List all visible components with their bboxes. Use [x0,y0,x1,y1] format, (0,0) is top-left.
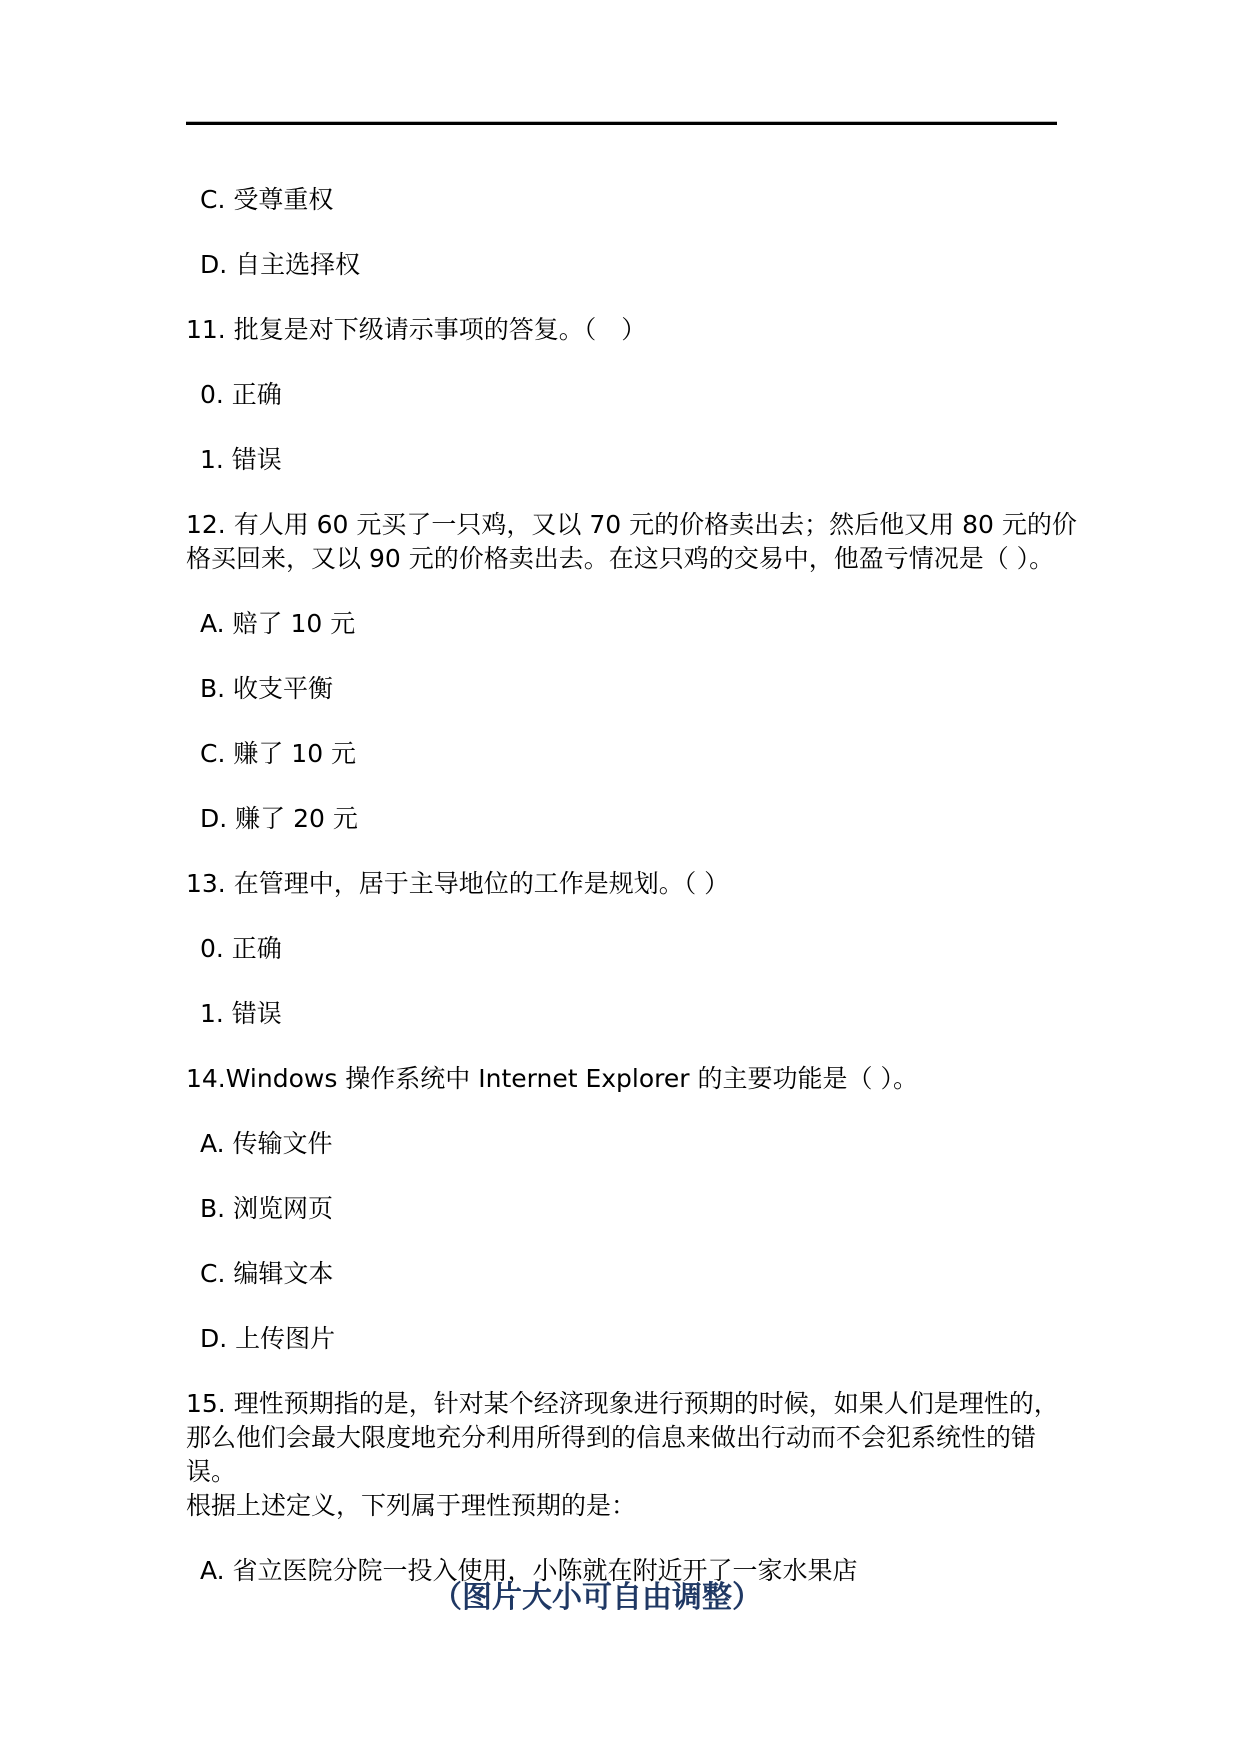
question-12-option-b: B. 收支平衡 [0,672,1240,706]
question-12-option-c: C. 赚了 10 元 [0,737,1240,771]
question-14-option-b: B. 浏览网页 [0,1192,1240,1226]
question-12-text-line-1: 12. 有人用 60 元买了一只鸡，又以 70 元的价格卖出去；然后他又用 80… [0,508,1240,542]
question-11-option-0: 0. 正确 [0,378,1240,412]
question-14-option-c: C. 编辑文本 [0,1257,1240,1291]
exam-document-page: C. 受尊重权 D. 自主选择权 11. 批复是对下级请示事项的答复。（ ） 0… [0,0,1240,1753]
question-12-option-d: D. 赚了 20 元 [0,802,1240,836]
question-14-option-a: A. 传输文件 [0,1127,1240,1161]
question-13-option-0: 0. 正确 [0,932,1240,966]
question-15-text-line-3: 误。 [0,1455,1240,1489]
image-resize-note: （图片大小可自由调整） [0,1578,1194,1618]
question-13-text: 13. 在管理中，居于主导地位的工作是规划。（ ） [0,867,1240,901]
question-11-text: 11. 批复是对下级请示事项的答复。（ ） [0,313,1240,347]
question-11-option-1: 1. 错误 [0,443,1240,477]
question-15-instruction: 根据上述定义，下列属于理性预期的是： [0,1489,1240,1523]
question-13-option-1: 1. 错误 [0,997,1240,1031]
question-12-option-a: A. 赔了 10 元 [0,607,1240,641]
question-12-text-line-2: 格买回来，又以 90 元的价格卖出去。在这只鸡的交易中，他盈亏情况是（ ）。 [0,542,1240,576]
question-14-text: 14.Windows 操作系统中 Internet Explorer 的主要功能… [0,1062,1240,1096]
question-15-text-line-1: 15. 理性预期指的是，针对某个经济现象进行预期的时候，如果人们是理性的， [0,1387,1240,1421]
question-14-option-d: D. 上传图片 [0,1322,1240,1356]
question-15-text-line-2: 那么他们会最大限度地充分利用所得到的信息来做出行动而不会犯系统性的错 [0,1421,1240,1455]
header-rule [186,121,1057,125]
option-c-respect-right: C. 受尊重权 [0,183,1240,217]
option-d-free-choice-right: D. 自主选择权 [0,248,1240,282]
